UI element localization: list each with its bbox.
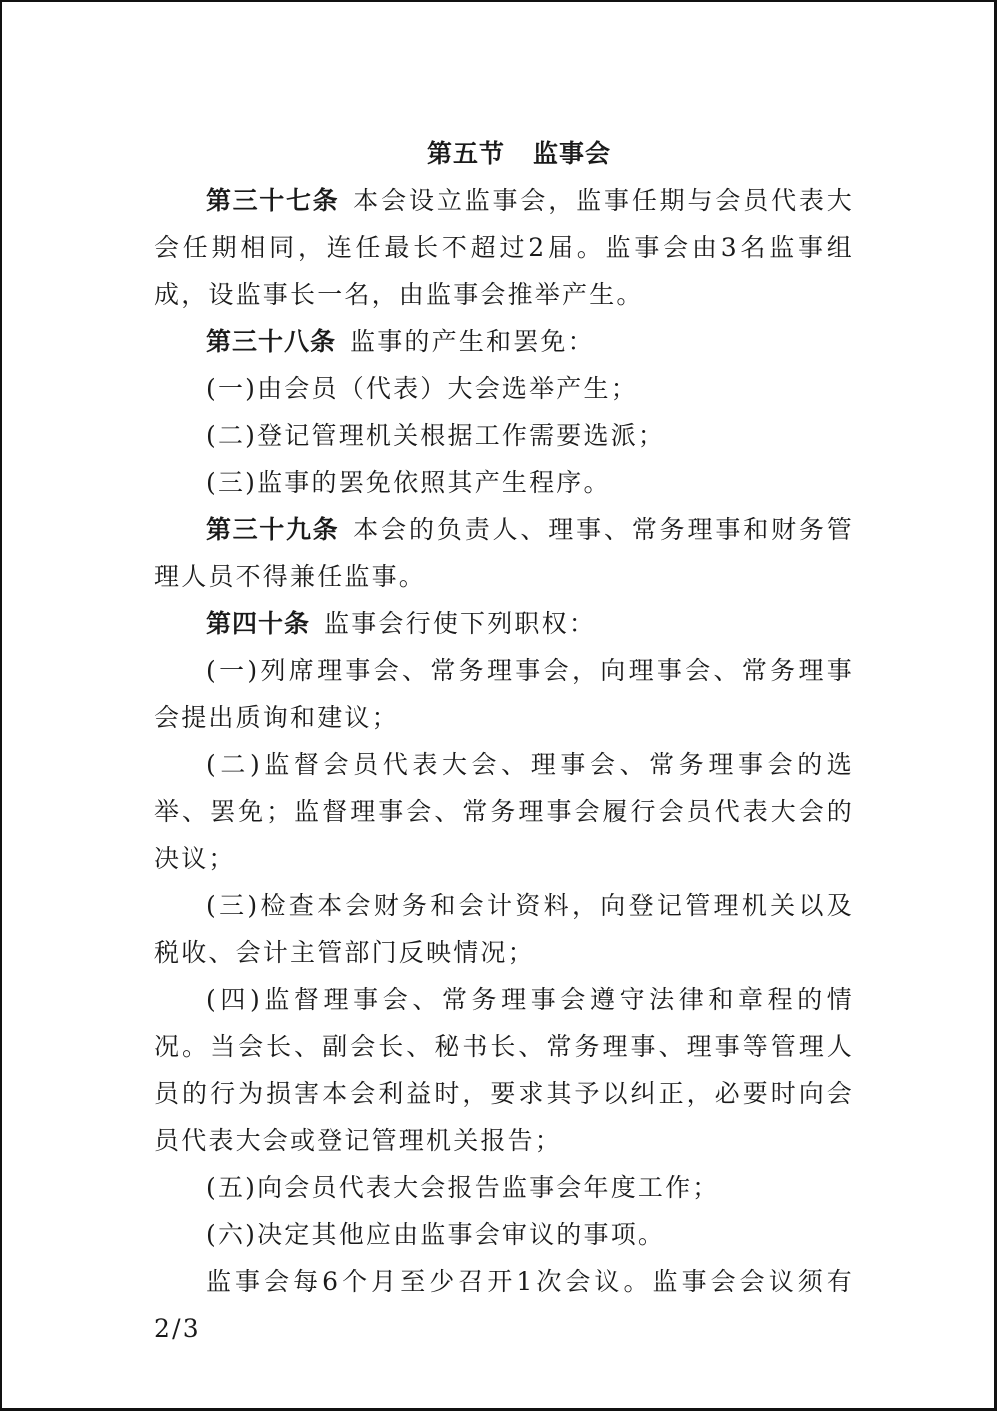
list-item: (五)向会员代表大会报告监事会年度工作； [154,1164,854,1211]
closing-paragraph: 监事会每6个月至少召开1次会议。监事会会议须有2/3 [154,1258,854,1352]
section-name: 监事会 [533,139,611,168]
list-item: (二)登记管理机关根据工作需要选派； [154,412,854,459]
list-item: (六)决定其他应由监事会审议的事项。 [154,1211,854,1258]
article-38: 第三十八条监事的产生和罢免： [154,318,854,365]
list-item: (一)由会员（代表）大会选举产生； [154,365,854,412]
list-item: (一)列席理事会、常务理事会，向理事会、常务理事会提出质询和建议； [154,647,854,741]
article-number: 第三十九条 [206,515,339,544]
section-title: 第五节监事会 [154,130,854,177]
article-number: 第三十八条 [206,327,336,356]
article-text: 监事会行使下列职权： [324,609,596,638]
section-number: 第五节 [427,139,505,168]
list-item: (三)检查本会财务和会计资料，向登记管理机关以及税收、会计主管部门反映情况； [154,882,854,976]
article-number: 第四十条 [206,609,310,638]
article-number: 第三十七条 [206,186,339,215]
article-40: 第四十条监事会行使下列职权： [154,600,854,647]
list-item: (二)监督会员代表大会、理事会、常务理事会的选举、罢免；监督理事会、常务理事会履… [154,741,854,882]
list-item: (四)监督理事会、常务理事会遵守法律和章程的情况。当会长、副会长、秘书长、常务理… [154,976,854,1164]
list-item: (三)监事的罢免依照其产生程序。 [154,459,854,506]
article-37: 第三十七条本会设立监事会，监事任期与会员代表大会任期相同，连任最长不超过2届。监… [154,177,854,318]
article-39: 第三十九条本会的负责人、理事、常务理事和财务管理人员不得兼任监事。 [154,506,854,600]
page-frame: 第五节监事会 第三十七条本会设立监事会，监事任期与会员代表大会任期相同，连任最长… [0,0,997,1411]
article-text: 监事的产生和罢免： [350,327,595,356]
document-body: 第五节监事会 第三十七条本会设立监事会，监事任期与会员代表大会任期相同，连任最长… [154,130,854,1352]
